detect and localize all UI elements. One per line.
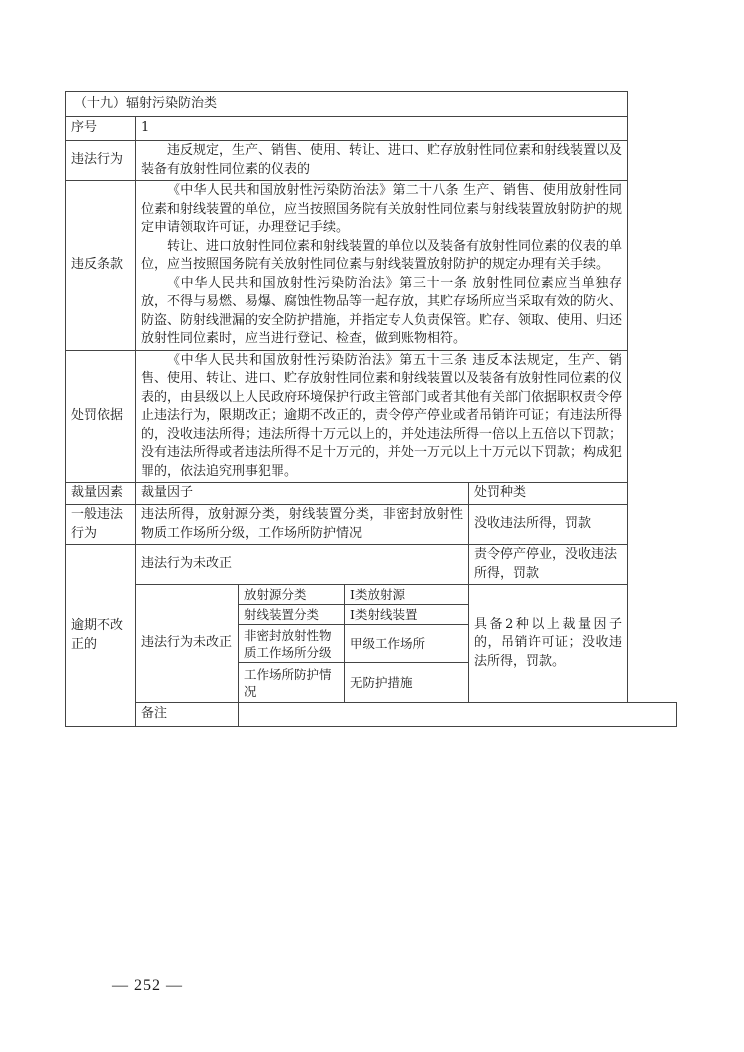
overdue-second-punishment-text: 具备2种以上裁量因子的，吊销许可证；没收违法所得，罚款。: [474, 616, 622, 672]
sub-factor-value: 无防护措施: [345, 663, 469, 703]
discretion-label: 裁量因素: [66, 483, 136, 505]
sub-factor-value: I类放射源: [345, 585, 469, 605]
sub-factor-name: 射线装置分类: [239, 605, 345, 625]
remarks-label: 备注: [136, 703, 239, 727]
penalty-basis-text: 《中华人民共和国放射性污染防治法》第五十三条 违反本法规定，生产、销售、使用、转…: [141, 352, 622, 482]
punishment-header: 处罚种类: [469, 483, 628, 505]
penalty-basis-label: 处罚依据: [66, 350, 136, 483]
provisions-label: 违反条款: [66, 181, 136, 351]
page-number: — 252 —: [112, 977, 183, 995]
sub-factor-value: I类射线装置: [345, 605, 469, 625]
factor-header: 裁量因子: [136, 483, 469, 505]
general-factor: 违法所得，放射源分类，射线装置分类，非密封放射性物质工作场所分级，工作场所防护情…: [136, 505, 469, 545]
provision-paragraph: 《中华人民共和国放射性污染防治法》第三十一条 放射性同位素应当单独存放，不得与易…: [141, 275, 622, 349]
violation-label: 违法行为: [66, 141, 136, 181]
serial-label: 序号: [66, 117, 136, 141]
overdue-first-punishment: 责令停产停业，没收违法所得，罚款: [469, 545, 628, 585]
violation-cell: 违反规定，生产、销售、使用、转让、进口、贮存放射性同位素和射线装置以及装备有放射…: [136, 141, 628, 181]
overdue-second-punishment: 具备2种以上裁量因子的，吊销许可证；没收违法所得，罚款。: [469, 585, 628, 703]
sub-factor-name: 非密封放射性物质工作场所分级: [239, 625, 345, 663]
serial-value: 1: [136, 117, 628, 141]
general-label: 一般违法行为: [66, 505, 136, 545]
penalty-basis-cell: 《中华人民共和国放射性污染防治法》第五十三条 违反本法规定，生产、销售、使用、转…: [136, 350, 628, 483]
overdue-label: 逾期不改正的: [66, 545, 136, 727]
provision-paragraph: 《中华人民共和国放射性污染防治法》第二十八条 生产、销售、使用放射性同位素和射线…: [141, 182, 622, 238]
section-title: （十九）辐射污染防治类: [66, 92, 628, 117]
sub-factor-name: 工作场所防护情况: [239, 663, 345, 703]
provisions-cell: 《中华人民共和国放射性污染防治法》第二十八条 生产、销售、使用放射性同位素和射线…: [136, 181, 628, 351]
provision-paragraph: 转让、进口放射性同位素和射线装置的单位以及装备有放射性同位素的仪表的单位，应当按…: [141, 238, 622, 275]
sub-factor-name: 放射源分类: [239, 585, 345, 605]
overdue-first-factor: 违法行为未改正: [136, 545, 469, 585]
general-punishment: 没收违法所得，罚款: [469, 505, 628, 545]
discretion-standard-table: （十九）辐射污染防治类 序号 1 违法行为 违反规定，生产、销售、使用、转让、进…: [65, 91, 677, 727]
overdue-second-factor: 违法行为未改正: [136, 585, 239, 703]
violation-text: 违反规定，生产、销售、使用、转让、进口、贮存放射性同位素和射线装置以及装备有放射…: [141, 142, 622, 179]
general-factor-text: 违法所得，放射源分类，射线装置分类，非密封放射性物质工作场所分级，工作场所防护情…: [141, 506, 463, 543]
remarks-value: [239, 703, 677, 727]
sub-factor-value: 甲级工作场所: [345, 625, 469, 663]
